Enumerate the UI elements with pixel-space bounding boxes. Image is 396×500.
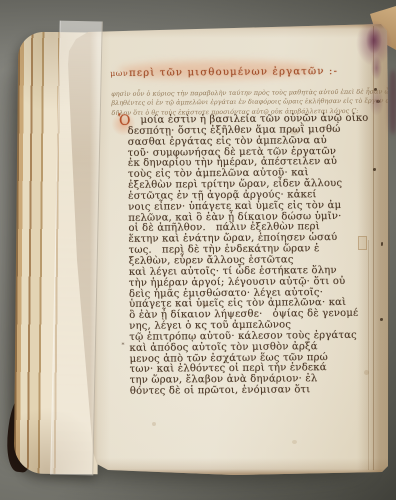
kephalaion-number: μων [110,69,128,78]
text-block: μων περὶ τῶν μισθουμένων ἐργατῶν :- φησὶ… [108,62,380,64]
margin-mark: ⁎ [121,340,124,347]
foxing-spot [292,440,297,444]
ink-stain-drip [371,56,382,80]
ink-stain-faint [369,88,384,116]
foxing-spot [152,422,156,426]
ink-stain [366,26,382,54]
kephalaion-title: περὶ τῶν μισθουμένων ἐργατῶν :- [129,66,338,79]
manuscript-page: μων περὶ τῶν μισθουμένων ἐργατῶν :- φησὶ… [64,20,388,478]
kephalaion-heading: μων περὶ τῶν μισθουμένων ἐργατῶν :- [108,68,149,82]
ink-stain-edge [389,70,396,134]
manuscript-photo: μων περὶ τῶν μισθουμένων ἐργατῶν :- φησὶ… [0,0,396,500]
body-line: θόντες δὲ οἱ πρῶτοι, ἐνόμισαν ὅτι [130,385,371,398]
body-text: μοία ἐστὶν ἡ βασιλεία τῶν οὐνῶν ἀνῷ οἰκο… [127,114,370,398]
